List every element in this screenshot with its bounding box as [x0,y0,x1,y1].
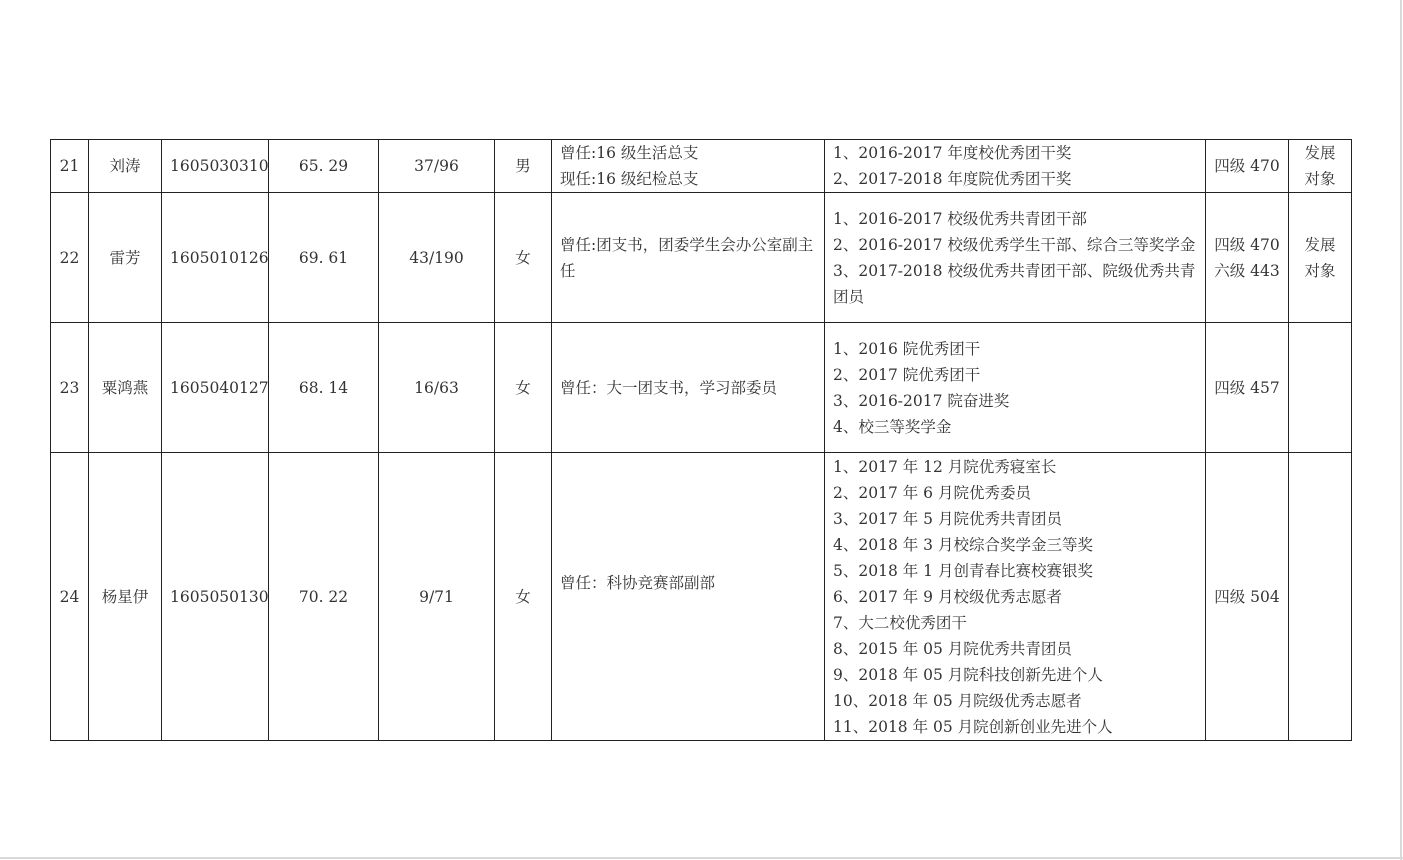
position-line: 曾任:16 级生活总支 [560,140,816,166]
row-index: 24 [51,453,89,741]
table-row: 22 雷芳 1605010126 69. 61 43/190 女 曾任:团支书，… [51,193,1352,323]
row-index: 23 [51,323,89,453]
class-rank: 43/190 [379,193,495,323]
english-level-cell: 四级 470 [1206,140,1289,193]
status-cell [1289,323,1352,453]
student-id: 1605050130 [162,453,269,741]
english-score: 六级 443 [1214,258,1280,284]
class-rank: 37/96 [379,140,495,193]
page-edge [0,857,1403,859]
status-text: 发展 [1297,232,1343,258]
award-item: 3、2017-2018 校级优秀共青团干部、院级优秀共青团员 [833,258,1197,310]
award-item: 7、大二校优秀团干 [833,610,1197,636]
award-item: 5、2018 年 1 月创青春比赛校赛银奖 [833,558,1197,584]
english-level-cell: 四级 470 六级 443 [1206,193,1289,323]
positions-cell: 曾任：大一团支书，学习部委员 [552,323,825,453]
award-item: 2、2017 年 6 月院优秀委员 [833,480,1197,506]
table-row: 21 刘涛 1605030310 65. 29 37/96 男 曾任:16 级生… [51,140,1352,193]
english-level-cell: 四级 457 [1206,323,1289,453]
gender: 男 [495,140,552,193]
status-cell [1289,453,1352,741]
award-item: 1、2016-2017 年度校优秀团干奖 [833,140,1197,166]
status-text: 发展 [1297,140,1343,166]
position-line: 曾任：大一团支书，学习部委员 [560,375,816,401]
position-line: 曾任:团支书，团委学生会办公室副主任 [560,232,816,284]
awards-cell: 1、2016-2017 校级优秀共青团干部 2、2016-2017 校级优秀学生… [825,193,1206,323]
english-score: 四级 504 [1214,584,1280,610]
award-item: 6、2017 年 9 月校级优秀志愿者 [833,584,1197,610]
award-item: 1、2016-2017 校级优秀共青团干部 [833,206,1197,232]
score: 65. 29 [269,140,379,193]
award-item: 9、2018 年 05 月院科技创新先进个人 [833,662,1197,688]
status-text: 对象 [1297,258,1343,284]
table-row: 24 杨星伊 1605050130 70. 22 9/71 女 曾任：科协竞赛部… [51,453,1352,741]
position-line: 曾任：科协竞赛部副部 [560,570,816,596]
gender: 女 [495,323,552,453]
english-score: 四级 457 [1214,375,1280,401]
score: 70. 22 [269,453,379,741]
score: 69. 61 [269,193,379,323]
status-cell: 发展 对象 [1289,193,1352,323]
row-index: 22 [51,193,89,323]
english-score: 四级 470 [1214,232,1280,258]
award-item: 11、2018 年 05 月院创新创业先进个人 [833,714,1197,740]
class-rank: 9/71 [379,453,495,741]
student-name: 雷芳 [89,193,162,323]
awards-cell: 1、2017 年 12 月院优秀寝室长 2、2017 年 6 月院优秀委员 3、… [825,453,1206,741]
award-item: 2、2017-2018 年度院优秀团干奖 [833,166,1197,192]
class-rank: 16/63 [379,323,495,453]
award-item: 10、2018 年 05 月院级优秀志愿者 [833,688,1197,714]
positions-cell: 曾任:16 级生活总支 现任:16 级纪检总支 [552,140,825,193]
positions-cell: 曾任：科协竞赛部副部 [552,453,825,741]
award-item: 1、2017 年 12 月院优秀寝室长 [833,454,1197,480]
student-id: 1605040127 [162,323,269,453]
row-index: 21 [51,140,89,193]
table-row: 23 粟鸿燕 1605040127 68. 14 16/63 女 曾任：大一团支… [51,323,1352,453]
english-level-cell: 四级 504 [1206,453,1289,741]
score: 68. 14 [269,323,379,453]
gender: 女 [495,453,552,741]
student-name: 粟鸿燕 [89,323,162,453]
position-line: 现任:16 级纪检总支 [560,166,816,192]
student-name: 杨星伊 [89,453,162,741]
award-item: 1、2016 院优秀团干 [833,336,1197,362]
award-item: 2、2016-2017 校级优秀学生干部、综合三等奖学金 [833,232,1197,258]
award-item: 3、2017 年 5 月院优秀共青团员 [833,506,1197,532]
student-id: 1605030310 [162,140,269,193]
page-edge [1400,0,1402,860]
student-name: 刘涛 [89,140,162,193]
award-item: 4、2018 年 3 月校综合奖学金三等奖 [833,532,1197,558]
award-item: 4、校三等奖学金 [833,414,1197,440]
status-cell: 发展 对象 [1289,140,1352,193]
gender: 女 [495,193,552,323]
awards-cell: 1、2016 院优秀团干 2、2017 院优秀团干 3、2016-2017 院奋… [825,323,1206,453]
student-id: 1605010126 [162,193,269,323]
english-score: 四级 470 [1214,153,1280,179]
awards-cell: 1、2016-2017 年度校优秀团干奖 2、2017-2018 年度院优秀团干… [825,140,1206,193]
student-roster-table: 21 刘涛 1605030310 65. 29 37/96 男 曾任:16 级生… [50,139,1352,741]
award-item: 8、2015 年 05 月院优秀共青团员 [833,636,1197,662]
award-item: 3、2016-2017 院奋进奖 [833,388,1197,414]
positions-cell: 曾任:团支书，团委学生会办公室副主任 [552,193,825,323]
status-text: 对象 [1297,166,1343,192]
award-item: 2、2017 院优秀团干 [833,362,1197,388]
